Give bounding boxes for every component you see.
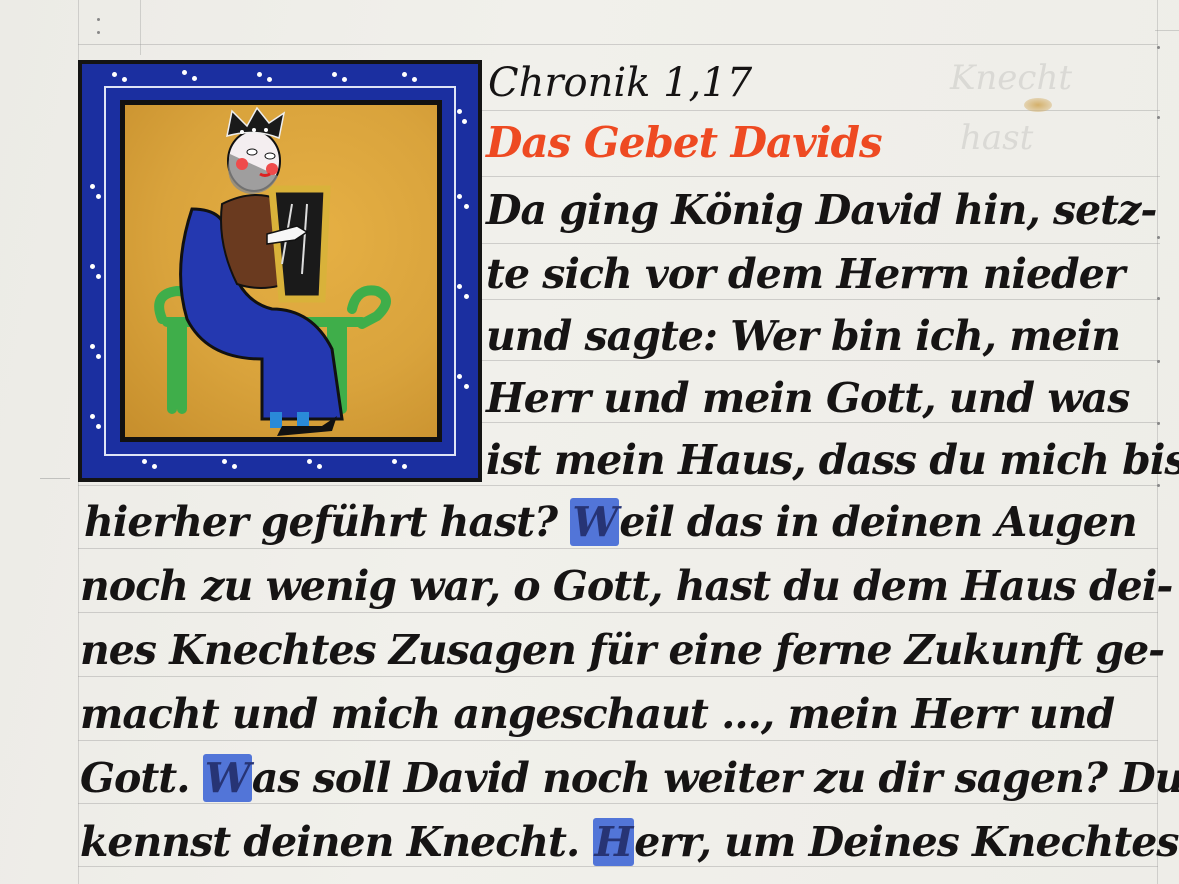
chapter-heading: Chronik 1,17 bbox=[488, 60, 752, 106]
pricking-dot bbox=[1157, 297, 1160, 300]
text-line: Herr und mein Gott, und was bbox=[486, 374, 1129, 422]
guide-mark bbox=[1155, 30, 1179, 31]
manuscript-page: Knecht hast bbox=[0, 0, 1179, 884]
ruling-line bbox=[78, 740, 1158, 741]
ruling-line bbox=[78, 866, 1158, 867]
ruling-line bbox=[78, 803, 1158, 804]
pricking-dot bbox=[1157, 360, 1160, 363]
text-segment: as soll David noch weiter zu dir sagen? … bbox=[252, 754, 1179, 802]
pricking-dot bbox=[1157, 484, 1160, 487]
text-segment: hierher geführt hast? bbox=[84, 498, 557, 546]
pricking-dot bbox=[97, 31, 100, 34]
ruling-line bbox=[78, 676, 1158, 677]
ruling-line bbox=[480, 360, 1160, 361]
text-line: Gott. Was soll David noch weiter zu dir … bbox=[80, 754, 1179, 802]
text-line: te sich vor dem Herrn nieder bbox=[486, 250, 1124, 298]
section-title: Das Gebet Davids bbox=[486, 118, 882, 167]
ruling-line bbox=[480, 243, 1160, 244]
text-line: und sagte: Wer bin ich, mein bbox=[486, 312, 1120, 360]
guide-mark bbox=[40, 478, 70, 479]
blue-initial: H bbox=[593, 818, 635, 866]
text-segment: Gott. bbox=[80, 754, 190, 802]
pricking-dot bbox=[1157, 236, 1160, 239]
ghost-text: hast bbox=[960, 118, 1033, 158]
ink-stain bbox=[1024, 98, 1052, 112]
king-david-figure bbox=[82, 64, 486, 486]
text-line: kennst deinen Knecht. Herr, um Deines Kn… bbox=[80, 818, 1178, 866]
pricking-dot bbox=[1157, 46, 1160, 49]
text-line: macht und mich angeschaut ..., mein Herr… bbox=[80, 690, 1114, 738]
pricking-dot bbox=[1157, 422, 1160, 425]
blue-initial: W bbox=[203, 754, 252, 802]
text-line: Da ging König David hin, setz- bbox=[486, 186, 1156, 234]
text-segment: eil das in deinen Augen bbox=[619, 498, 1136, 546]
text-line: ist mein Haus, dass du mich bis bbox=[486, 436, 1179, 484]
ruling-line bbox=[78, 44, 1158, 45]
ruling-line bbox=[78, 612, 1158, 613]
pricking-dot bbox=[97, 18, 100, 21]
margin-line bbox=[140, 0, 141, 55]
ruling-line bbox=[78, 548, 1158, 549]
ruling-line bbox=[480, 422, 1160, 423]
text-segment: err, um Deines Knechtes bbox=[634, 818, 1178, 866]
text-line: noch zu wenig war, o Gott, hast du dem H… bbox=[80, 562, 1172, 610]
ruling-line bbox=[480, 299, 1160, 300]
text-line: hierher geführt hast? Weil das in deinen… bbox=[84, 498, 1137, 546]
ruling-line bbox=[480, 110, 1160, 111]
pricking-dot bbox=[1157, 116, 1160, 119]
ghost-text: Knecht bbox=[950, 58, 1072, 98]
text-segment: kennst deinen Knecht. bbox=[80, 818, 579, 866]
ruling-line bbox=[480, 176, 1160, 177]
text-line: nes Knechtes Zusagen für eine ferne Zuku… bbox=[80, 626, 1164, 674]
blue-initial: W bbox=[570, 498, 619, 546]
illuminated-initial bbox=[78, 60, 482, 482]
